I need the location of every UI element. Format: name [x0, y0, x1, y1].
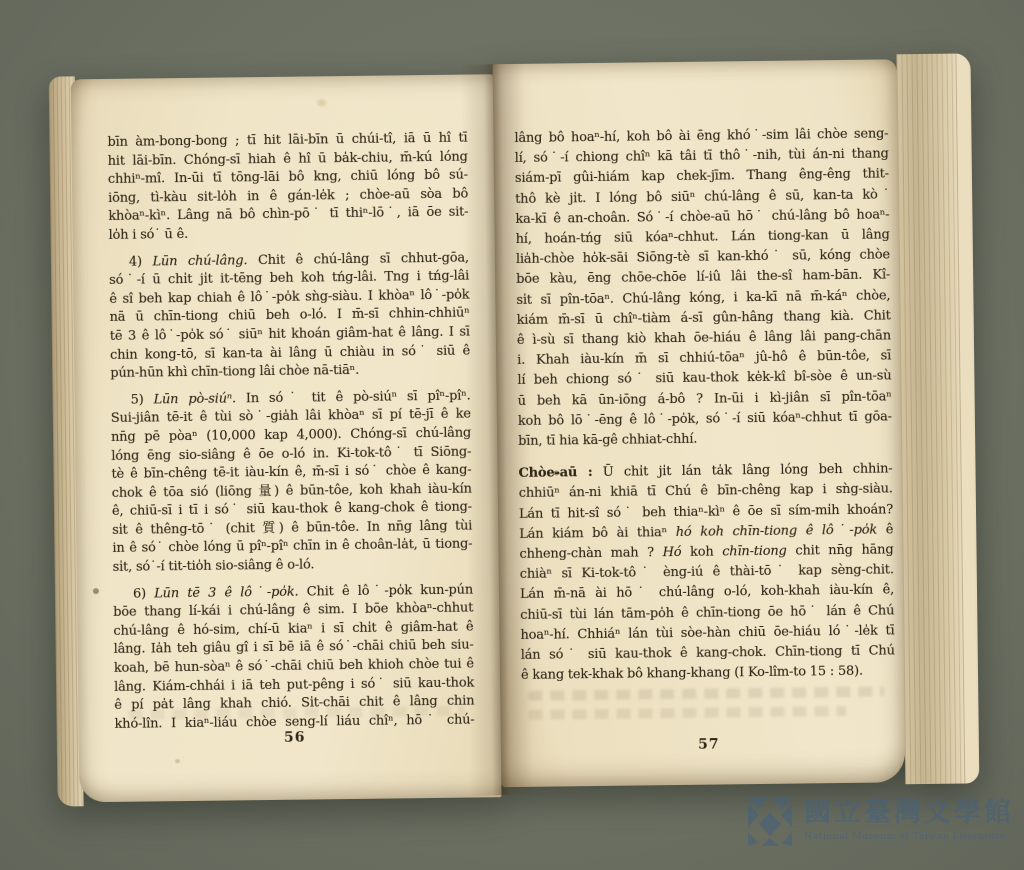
text-segment: chiū-sī tùi lán tām-po̍h ê chīn-tiong ōe…	[520, 603, 894, 623]
text-segment: Lūn chú-lâng.	[152, 253, 247, 269]
paragraph: 5) Lūn pò-siúⁿ. In só˙ tit ê pò-siúⁿ sī …	[111, 387, 473, 577]
text-line: bīn, tī hia kā-gê chhiat-chhí.	[518, 427, 892, 452]
text-segment: bōe thang lí-kái i chú-lâng ê sim. I bōe…	[113, 601, 473, 620]
text-segment: lâng bô hoaⁿ-hí, koh bô ài ēng khó˙-sim …	[514, 126, 888, 146]
text-segment: tē 3 ê lô˙-po̍k só˙ siūⁿ hit khoán giâm-…	[110, 324, 470, 343]
text-segment: khòaⁿ-kìⁿ. Lâng nā bô chìn-pō˙ tī thiⁿ-l…	[108, 205, 468, 224]
text-segment: si̍t sī pîn-tōaⁿ. Chú-lâng kóng, i ka-kī…	[516, 288, 890, 308]
text-segment: chok ê tōa sió (liōng 量) ê būn-tôe, koh …	[112, 481, 472, 500]
text-segment: Lán m̄-nā ài hō˙ chú-lâng o-ló, koh-khah…	[520, 583, 894, 603]
text-segment: chú-lâng ê hó-sim, chí-ū kiaⁿ i sī chi̍t…	[113, 619, 473, 638]
text-segment: siám-pī gûi-hiám kap chek-jīm. Thang êng…	[515, 167, 889, 187]
paragraph: lâng bô hoaⁿ-hí, koh bô ài ēng khó˙-sim …	[514, 124, 892, 452]
text-segment: hoaⁿ-hí. Chhiáⁿ lán tùi sòe-hàn chiū ōe-…	[520, 623, 894, 643]
paper-stain	[93, 588, 99, 594]
text-segment: chheng-chàn mah ?	[519, 545, 662, 562]
text-segment: iōng, tì-kàu sit-lo̍h in ê gán-le̍k ; ch…	[108, 186, 468, 205]
watermark-text: 國立臺灣文學館 National Museum of Taiwan Litera…	[804, 796, 1014, 842]
text-segment: thô kè ji̍t. I lóng bô siūⁿ chú-lâng ê s…	[515, 187, 889, 207]
paragraph: 4) Lūn chú-lâng. Chit ê chú-lâng sī chhu…	[109, 249, 471, 384]
museum-logo-icon	[746, 796, 794, 848]
paragraph: Chòe-aū : Ū chi̍t ji̍t lán ta̍k lâng lón…	[518, 460, 895, 687]
text-segment: chhiūⁿ án-ni khiā tī Chú ê bīn-chêng kap…	[519, 482, 893, 502]
text-segment: chin kong-tō, sī kan-ta ài lâng ū chiàu …	[110, 343, 470, 362]
text-segment: Lán kiám bô ài thiaⁿ	[519, 525, 676, 542]
text-line: si̍t, só˙-í tit-tio̍h sio-siâng ê o-ló.	[113, 555, 473, 578]
text-segment: hit lāi-bīn. Chóng-sī hiah ê hî ū ba̍k-c…	[108, 149, 468, 168]
text-segment: Chit ê lô˙-po̍k kun-pún	[298, 582, 473, 599]
text-segment: si̍t ê thêng-tō˙ (chit 質) ê būn-tôe. In …	[112, 518, 472, 537]
text-segment: koh bô lō˙-ēng ê lô˙-po̍k, só˙-í siū kóa…	[518, 409, 892, 429]
watermark-title: 國立臺灣文學館	[804, 796, 1014, 830]
paragraph: bīn àm-bong-bong ; tī hit lāi-bīn ū chúi…	[107, 130, 468, 246]
text-segment: in ê só˙ chòe lóng ū pîⁿ-pîⁿ chīn in ê c…	[112, 537, 472, 556]
text-segment: pún-hūn khì chīn-tiong lâi chòe nā-tiāⁿ.	[110, 363, 359, 381]
text-segment: lí beh chiong só˙ siū kau-thok ke̍k-kî b…	[517, 369, 891, 389]
text-line: lo̍h i só˙ ū ê.	[108, 223, 468, 246]
museum-watermark: 國立臺灣文學館 National Museum of Taiwan Litera…	[746, 796, 1014, 848]
text-segment: lóng ēng sio-siâng ê ōe o-ló in. Ki-tok-…	[111, 444, 471, 463]
text-segment: 4)	[129, 254, 153, 269]
page-56-text: bīn àm-bong-bong ; tī hit lāi-bīn ū chúi…	[107, 130, 474, 735]
text-segment: ū beh kā ūn-iōng á-bô ? In-ūi i kì-jiân …	[518, 389, 892, 409]
watermark-subtitle: National Museum of Taiwan Literature	[804, 831, 1014, 842]
text-segment: koah, bē hun-sòaⁿ ê só˙-chāi chiū beh kh…	[114, 657, 474, 676]
text-segment: ê pí pa̍t lâng khah chió. Si̍t-chāi chit…	[114, 694, 474, 713]
right-page-edges	[896, 53, 979, 784]
scanned-book-photo: bīn àm-bong-bong ; tī hit lāi-bīn ū chúi…	[0, 0, 1024, 870]
paper-stain	[317, 99, 326, 106]
text-segment: chhiⁿ-mî. In-ūi tī tōng-lāi bô kng, chiū…	[108, 168, 468, 187]
text-segment: lâng. Kiám-chhái i iā teh put-pêng i só˙…	[114, 675, 474, 694]
text-segment: lia̍h-chòe ho̍k-sāi Siōng-tè sī kan-khó˙…	[516, 248, 890, 268]
text-segment: Lán tī hit-sî só˙ beh thiaⁿ-kìⁿ ê ōe sī …	[519, 502, 893, 522]
text-segment: ê ì-sù sī thang kiò khah ōe-hiáu ê lâng …	[517, 328, 891, 348]
text-segment: bīn àm-bong-bong ; tī hit lāi-bīn ū chúi…	[107, 131, 467, 150]
text-segment: Chit ê chú-lâng sī chhut-gōa,	[247, 250, 469, 268]
text-segment: lí, só˙-í chiong chîⁿ kā tâi tī thô˙-nih…	[515, 147, 889, 167]
text-segment: ê	[877, 522, 893, 537]
text-segment: In só˙ tit ê pò-siúⁿ sī pîⁿ-pîⁿ.	[236, 388, 471, 406]
text-segment: bīn, tī hia kā-gê chhiat-chhí.	[518, 432, 697, 449]
text-segment: Sui-jiân tē-it ê tùi sò˙-gia̍h lâi khòaⁿ…	[111, 407, 471, 426]
text-segment: Ū chi̍t ji̍t lán ta̍k lâng lóng beh chhi…	[592, 462, 892, 481]
text-segment: 5)	[131, 392, 154, 407]
text-segment: Hó	[662, 545, 681, 560]
text-segment: hí, hoán-tńg siū kóaⁿ-chhut. Lán tiong-k…	[516, 227, 890, 247]
text-segment: Chòe-aū :	[518, 465, 592, 481]
text-segment: koh	[681, 545, 722, 560]
text-segment: lán só˙ siū kau-thok ê kang-chok. Chīn-t…	[521, 643, 895, 663]
text-segment: nā ū chīn-tiong chiū beh o-ló. I m̄-sī c…	[110, 306, 470, 325]
text-segment: lâng. Ia̍h teh giâu gî i sī bē iā ê só˙-…	[114, 638, 474, 657]
text-segment: ê kang tek-khak bô khang-khang (I Ko-lîm…	[521, 664, 863, 683]
text-segment: chiàⁿ sī Ki-tok-tô˙ èng-iú ê thài-tō˙ ka…	[520, 563, 894, 583]
text-segment: lo̍h i só˙ ū ê.	[109, 227, 189, 243]
text-segment: si̍t, só˙-í tit-tio̍h sio-siâng ê o-ló.	[113, 558, 315, 575]
text-segment: tè ê bīn-chêng tē-it iàu-kín ê, m̄-sī i …	[111, 463, 471, 482]
text-segment: bōe kàu, ēng chōe-chōe lí-iû lâi the-sî …	[516, 268, 890, 288]
text-segment: 6)	[133, 586, 154, 601]
text-segment: ê, chiū-sī i tī i só˙ siū kau-thok ê kan…	[112, 500, 472, 519]
text-segment: só˙-í ū chi̍t ji̍t it-tēng beh koh tńg-l…	[109, 269, 469, 288]
text-segment: chit nn̄g hāng	[787, 542, 894, 558]
paper-stain	[175, 759, 180, 763]
open-book: bīn àm-bong-bong ; tī hit lāi-bīn ū chúi…	[48, 49, 979, 810]
text-line: pún-hūn khì chīn-tiong lâi chòe nā-tiāⁿ.	[110, 361, 470, 384]
text-segment: Lūn pò-siúⁿ.	[153, 391, 236, 407]
text-segment: hó koh chīn-tiong ê lô˙-po̍k	[676, 522, 877, 539]
text-segment: ka-kī ê an-choân. Só˙-í chòe-aū hō˙ chú-…	[515, 207, 889, 227]
page-57-text: lâng bô hoaⁿ-hí, koh bô ài ēng khó˙-sim …	[514, 124, 895, 686]
text-segment: chīn-tiong	[722, 544, 787, 560]
text-segment: ê sî beh kap chiah ê lô˙-po̍k sǹg-siàu. …	[109, 287, 469, 306]
text-segment: i. Khah iàu-kín m̄ sī chhiú-tōaⁿ jû-hô ê…	[517, 349, 891, 369]
text-segment: kiám m̄-sī ū chîⁿ-tiàm á-sī gûn-hâng tha…	[517, 308, 891, 328]
text-segment: nn̄g pē pòaⁿ (10,000 kap 4,000). Chóng-s…	[111, 425, 471, 444]
paragraph: 6) Lūn tē 3 ê lô˙-po̍k. Chit ê lô˙-po̍k …	[113, 581, 475, 734]
text-segment: Lūn tē 3 ê lô˙-po̍k.	[154, 584, 298, 601]
